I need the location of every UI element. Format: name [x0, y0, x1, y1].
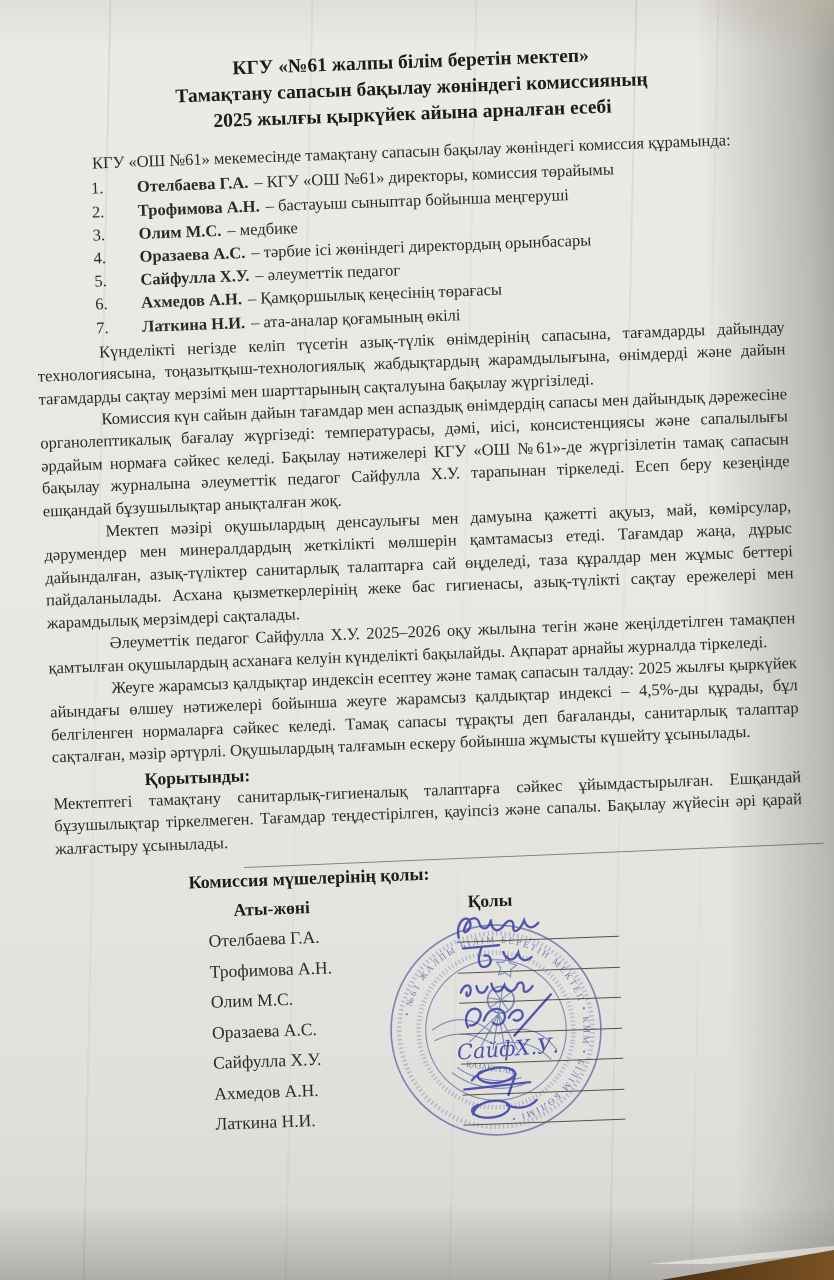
member-number: 5. — [94, 268, 141, 293]
signature-section: Комиссия мүшелерінің қолы: Аты-жөні Қолы… — [56, 849, 813, 1141]
document-photo: • №61 ЖАЛПЫ БІЛІМ БЕРЕТІН МЕКТЕП • КММ •… — [0, 0, 834, 1280]
name-column-header: Аты-жөні — [233, 896, 310, 921]
member-number: 4. — [93, 245, 140, 270]
member-name: Олим М.С. — [138, 219, 221, 245]
signature-scribble-icon — [456, 1086, 607, 1131]
member-number: 3. — [92, 222, 139, 247]
member-name: Латкина Н.И. — [142, 311, 246, 338]
member-number: 7. — [96, 314, 143, 339]
signature-line — [462, 1089, 625, 1126]
member-number: 1. — [91, 175, 138, 200]
member-number: 2. — [91, 199, 138, 224]
commission-members-list: 1. Отелбаева Г.А. – КГУ «ОШ №61» директо… — [31, 152, 784, 342]
member-role: – медбике — [227, 216, 298, 242]
member-number: 6. — [95, 291, 142, 316]
document-content: КГУ «№61 жалпы білім беретін мектеп» Там… — [26, 37, 813, 1141]
